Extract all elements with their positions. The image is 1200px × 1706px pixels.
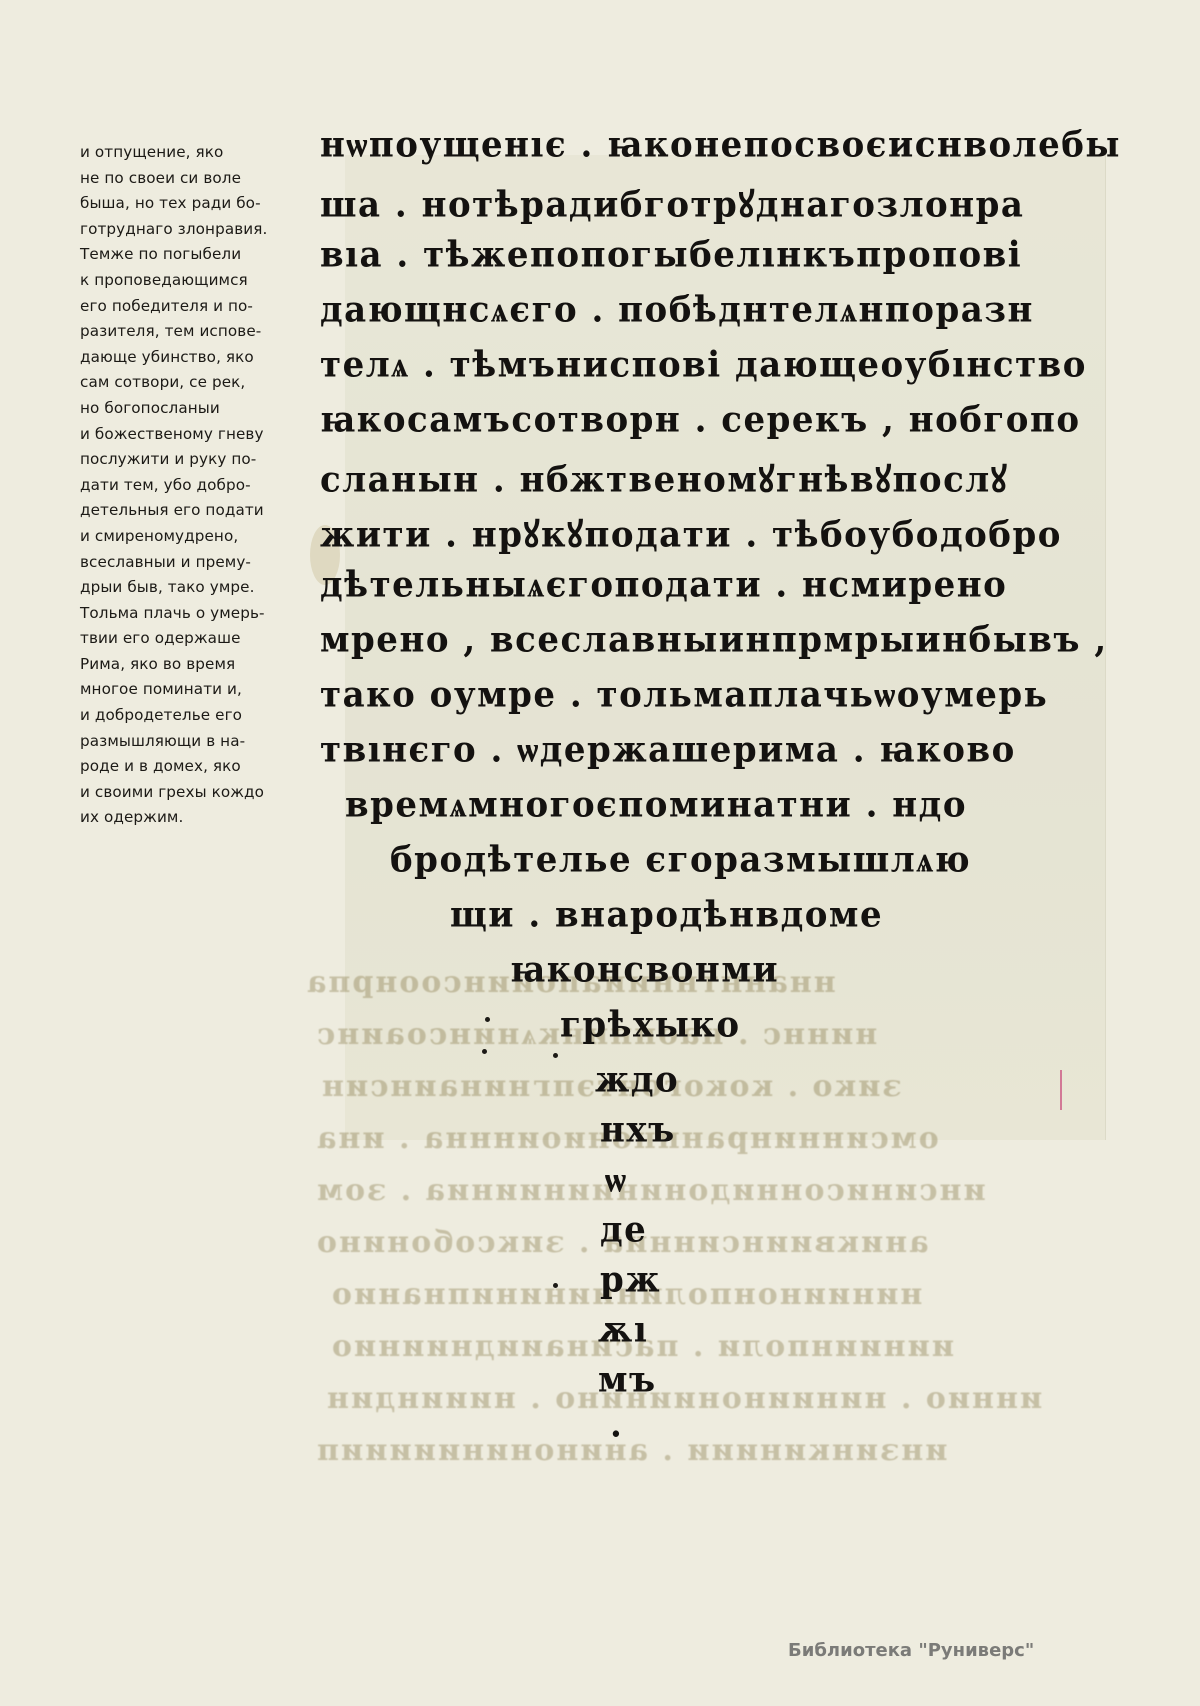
manuscript-line: грѣхыко (560, 1004, 741, 1046)
manuscript-line: ꙗконсвонми (510, 949, 779, 991)
manuscript-line: ѫı (598, 1309, 648, 1351)
margin-mark (1060, 1070, 1062, 1110)
manuscript-line: мрено , всеславныинпрмрыинбывъ , (320, 619, 1108, 661)
manuscript-line: бродѣтелье єгоразмышлѧю (390, 839, 971, 881)
manuscript-line: вıа . тѣжепопогыбелıнкъпропові (320, 234, 1022, 276)
translation-line: дрыи быв, тако умре. (80, 575, 290, 601)
translation-line: их одержим. (80, 805, 290, 831)
translation-line: готруднаго злонравия. (80, 217, 290, 243)
translation-line: быша, но тех ради бо- (80, 191, 290, 217)
translation-line: но богопосланыи (80, 396, 290, 422)
ink-dot (482, 1049, 487, 1054)
translation-line: размышляющи в на- (80, 729, 290, 755)
translation-line: и добродетелье его (80, 703, 290, 729)
manuscript-line: ша . нотѣрадибготрꙋднагозлонра (320, 179, 1024, 227)
manuscript-line: времѧмногоєпоминатни . ндо (345, 784, 967, 826)
translation-line: к проповедающимся (80, 268, 290, 294)
translation-line: и смиреномудрено, (80, 524, 290, 550)
manuscript-line: . (610, 1404, 623, 1446)
page: и отпущение, яко не по своеи си воле быш… (0, 0, 1200, 1706)
manuscript-line: ждо (595, 1059, 679, 1101)
translation-line: Темже по погыбели (80, 242, 290, 268)
manuscript-line: ꙗкосамъсотворн . серекъ , нобгопо (320, 399, 1081, 441)
manuscript-line: ѡ (605, 1159, 628, 1201)
manuscript-line: дающнсѧєго . побѣднтелѧнпоразн (320, 289, 1034, 331)
translation-line: сам сотвори, се рек, (80, 370, 290, 396)
library-credit: Библиотека "Руниверс" (788, 1640, 1034, 1661)
translation-line: и отпущение, яко (80, 140, 290, 166)
manuscript-line: щи . внародѣнвдоме (450, 894, 883, 936)
translation-line: многое поминати и, (80, 677, 290, 703)
translation-line: дати тем, убо добро- (80, 473, 290, 499)
translation-line: роде и в домех, яко (80, 754, 290, 780)
manuscript-line: нхъ (600, 1109, 676, 1151)
manuscript-line: жити . нрꙋкꙋподати . тѣбоубодобро (320, 509, 1062, 557)
manuscript-scan: ннаннтннииапоиинсоонрпа ниннс . наоннинк… (310, 105, 1120, 1555)
manuscript-line: телѧ . тѣмъниспові дающеоубıнство (320, 344, 1087, 386)
translation-line: его победителя и по- (80, 294, 290, 320)
manuscript-line: нѡпоущенıє . ꙗконепосвоєиснволебы (320, 124, 1121, 166)
manuscript-line: твıнєго . ѡдержашерима . ꙗково (320, 729, 1016, 771)
translation-line: разителя, тем испове- (80, 319, 290, 345)
bleed-through-line: инзинкиниии . анинонинииииип (315, 1433, 948, 1468)
ink-dot (485, 1017, 490, 1022)
manuscript-line: де (600, 1209, 647, 1251)
translation-line: не по своеи си воле (80, 166, 290, 192)
translation-line: и своими грехы кождо (80, 780, 290, 806)
manuscript-line: рж (600, 1259, 661, 1301)
translation-line: Тольма плачь о умерь- (80, 601, 290, 627)
bleed-through-line: иннио . ниниинониинино . ниииндин (325, 1381, 1042, 1416)
translation-line: послужити и руку по- (80, 447, 290, 473)
translation-line: всеславныи и прему- (80, 550, 290, 576)
translation-line: Рима, яко во время (80, 652, 290, 678)
translation-line: детельныя его подати (80, 498, 290, 524)
manuscript-line: тако оумре . тольмаплачьѡоумерь (320, 674, 1048, 716)
modern-translation-column: и отпущение, яко не по своеи си воле быш… (80, 140, 290, 831)
manuscript-line: сланын . нбжтвеномꙋгнѣвꙋпослꙋ (320, 454, 1008, 502)
translation-line: дающе убинство, яко (80, 345, 290, 371)
translation-line: твии его одержаше (80, 626, 290, 652)
translation-line: и божественому гневу (80, 422, 290, 448)
manuscript-line: мъ (598, 1359, 657, 1401)
bleed-through-line: инсинисоннидониниинииниа . зом (315, 1173, 986, 1208)
manuscript-line: дѣтельныѧєгоподати . нсмирено (320, 564, 1007, 606)
ink-dot (553, 1053, 558, 1058)
ink-dot (553, 1283, 558, 1288)
